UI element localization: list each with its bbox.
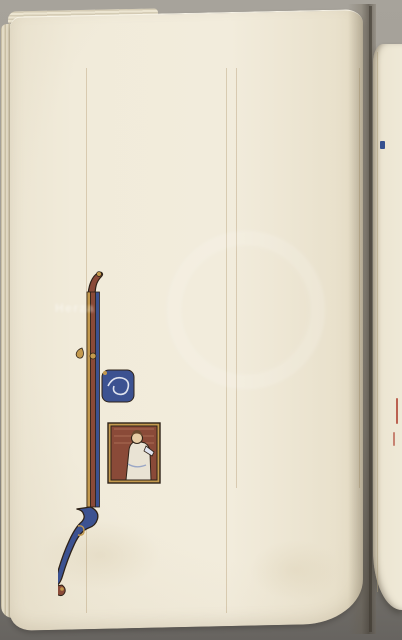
gutter-crease (369, 6, 372, 632)
edge-red-mark (393, 432, 395, 446)
edge-red-mark (396, 398, 398, 424)
next-page-text (379, 66, 402, 472)
watermark-ring-icon (167, 231, 325, 389)
illuminated-initial-p (58, 268, 170, 598)
manuscript-photo: Herza (0, 0, 402, 640)
next-page-fold-line (377, 52, 378, 592)
edge-blue-initial-mark (380, 141, 385, 149)
watermark-text: Herza (55, 301, 95, 315)
